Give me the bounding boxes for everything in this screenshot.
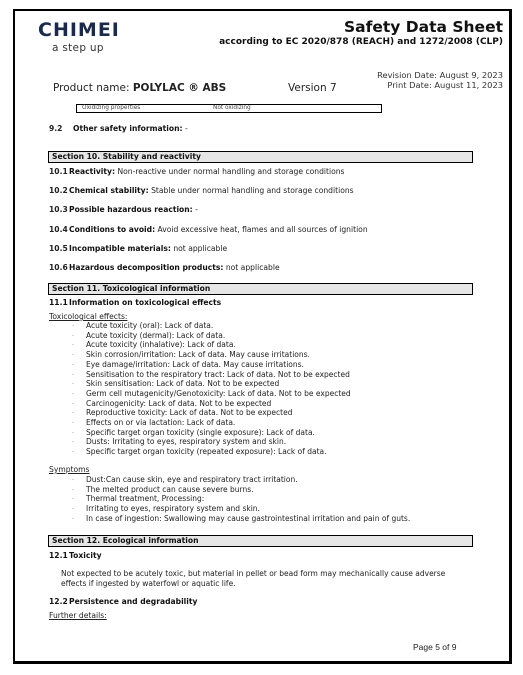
section-10-item: 10.3Possible hazardous reaction: - bbox=[49, 205, 198, 214]
section-12-2-heading: 12.2Persistence and degradability bbox=[49, 597, 197, 606]
property-name: Oxidizing properties bbox=[82, 105, 140, 111]
toxicological-effect-item: Dusts: Irritating to eyes, respiratory s… bbox=[72, 437, 351, 447]
company-logo: CHIMEI bbox=[38, 19, 120, 41]
toxicological-effect-item: Reproductive toxicity: Lack of data. Not… bbox=[72, 408, 351, 418]
section-12-1-text: Not expected to be acutely toxic, but ma… bbox=[61, 569, 471, 588]
company-tagline: a step up bbox=[52, 42, 104, 54]
section-10-item: 10.6Hazardous decomposition products: no… bbox=[49, 263, 280, 272]
property-table-row: Oxidizing properties Not oxidizing bbox=[76, 104, 382, 113]
section-11-1-heading: 11.1Information on toxicological effects bbox=[49, 298, 221, 307]
section-10-header: Section 10. Stability and reactivity bbox=[48, 151, 473, 163]
section-10-item: 10.4Conditions to avoid: Avoid excessive… bbox=[49, 225, 368, 234]
toxicological-effect-item: Germ cell mutagenicity/Genotoxicity: Lac… bbox=[72, 389, 351, 399]
revision-date: Revision Date: August 9, 2023 bbox=[377, 70, 503, 80]
document-dates: Revision Date: August 9, 2023 Print Date… bbox=[377, 70, 503, 90]
section-10-item: 10.1Reactivity: Non-reactive under norma… bbox=[49, 167, 345, 176]
toxicological-effect-item: Sensitisation to the respiratory tract: … bbox=[72, 370, 351, 380]
symptom-item: In case of ingestion: Swallowing may cau… bbox=[72, 514, 410, 524]
version-label: Version 7 bbox=[288, 82, 337, 94]
section-10-item: 10.2Chemical stability: Stable under nor… bbox=[49, 186, 354, 195]
section-11-header: Section 11. Toxicological information bbox=[48, 283, 473, 295]
toxicological-effects-list: Acute toxicity (oral): Lack of data.Acut… bbox=[72, 321, 351, 457]
further-details-label: Further details: bbox=[49, 611, 107, 620]
document-title: Safety Data Sheet bbox=[344, 18, 503, 36]
toxicological-effect-item: Specific target organ toxicity (repeated… bbox=[72, 447, 351, 457]
document-subtitle: according to EC 2020/878 (REACH) and 127… bbox=[219, 37, 503, 47]
toxicological-effect-item: Acute toxicity (oral): Lack of data. bbox=[72, 321, 351, 331]
toxicological-effect-item: Acute toxicity (dermal): Lack of data. bbox=[72, 331, 351, 341]
symptom-item: Irritating to eyes, respiratory system a… bbox=[72, 504, 410, 514]
property-value: Not oxidizing bbox=[213, 105, 251, 111]
section-12-header: Section 12. Ecological information bbox=[48, 535, 473, 547]
toxicological-effects-label: Toxicological effects: bbox=[49, 312, 127, 321]
toxicological-effect-item: Acute toxicity (inhalative): Lack of dat… bbox=[72, 340, 351, 350]
product-name-line: Product name: POLYLAC ® ABS bbox=[53, 82, 226, 94]
section-10-item: 10.5Incompatible materials: not applicab… bbox=[49, 244, 227, 253]
section-12-1-heading: 12.1Toxicity bbox=[49, 551, 102, 560]
symptom-item: Dust:Can cause skin, eye and respiratory… bbox=[72, 475, 410, 485]
product-label: Product name: bbox=[53, 82, 133, 94]
toxicological-effect-item: Skin sensitisation: Lack of data. Not to… bbox=[72, 379, 351, 389]
print-date: Print Date: August 11, 2023 bbox=[377, 80, 503, 90]
page-number: Page 5 of 9 bbox=[413, 642, 456, 652]
toxicological-effect-item: Skin corrosion/irritation: Lack of data.… bbox=[72, 350, 351, 360]
product-name: POLYLAC ® ABS bbox=[133, 82, 226, 94]
toxicological-effect-item: Effects on or via lactation: Lack of dat… bbox=[72, 418, 351, 428]
section-9-2: 9.2Other safety information: - bbox=[49, 124, 188, 133]
symptoms-label: Symptoms bbox=[49, 465, 90, 474]
symptoms-list: Dust:Can cause skin, eye and respiratory… bbox=[72, 475, 410, 524]
toxicological-effect-item: Eye damage/irritation: Lack of data. May… bbox=[72, 360, 351, 370]
toxicological-effect-item: Specific target organ toxicity (single e… bbox=[72, 428, 351, 438]
symptom-item: The melted product can cause severe burn… bbox=[72, 485, 410, 495]
symptom-item: Thermal treatment, Processing: bbox=[72, 494, 410, 504]
toxicological-effect-item: Carcinogenicity: Lack of data. Not to be… bbox=[72, 399, 351, 409]
